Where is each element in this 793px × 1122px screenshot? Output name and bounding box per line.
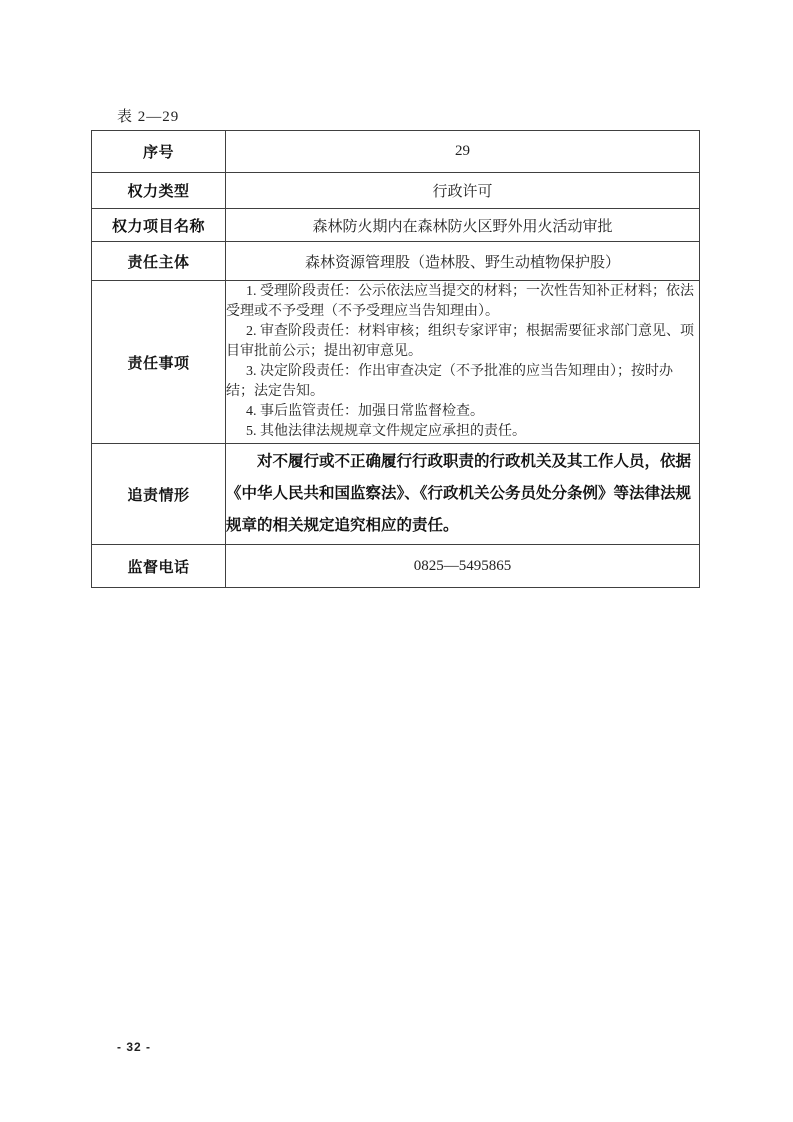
duty-item-4: 4. 事后监管责任：加强日常监督检查。 (226, 402, 699, 422)
duty-item-5: 5. 其他法律法规规章文件规定应承担的责任。 (226, 422, 699, 442)
row-label-project-name: 权力项目名称 (92, 209, 226, 242)
table-row-serial: 序号 29 (92, 131, 700, 173)
row-label-supervision-phone: 监督电话 (92, 545, 226, 588)
responsibility-table: 序号 29 权力类型 行政许可 权力项目名称 森林防火期内在森林防火区野外用火活… (91, 130, 700, 588)
table-row-duty-items: 责任事项 1. 受理阶段责任：公示依法应当提交的材料；一次性告知补正材料；依法受… (92, 281, 700, 444)
table-row-supervision-phone: 监督电话 0825—5495865 (92, 545, 700, 588)
table-row-accountability: 追责情形 对不履行或不正确履行行政职责的行政机关及其工作人员，依据《中华人民共和… (92, 444, 700, 545)
accountability-text: 对不履行或不正确履行行政职责的行政机关及其工作人员，依据《中华人民共和国监察法》… (226, 446, 699, 542)
row-value-power-type: 行政许可 (226, 173, 700, 209)
duty-item-2: 2. 审查阶段责任：材料审核；组织专家评审；根据需要征求部门意见、项目审批前公示… (226, 322, 699, 362)
document-page: 表 2—29 序号 29 权力类型 行政许可 权力项目名称 森林防火期内在森林防… (0, 0, 793, 1122)
row-label-serial: 序号 (92, 131, 226, 173)
table-row-power-type: 权力类型 行政许可 (92, 173, 700, 209)
row-value-project-name: 森林防火期内在森林防火区野外用火活动审批 (226, 209, 700, 242)
duty-item-1: 1. 受理阶段责任：公示依法应当提交的材料；一次性告知补正材料；依法受理或不予受… (226, 282, 699, 322)
row-value-serial: 29 (226, 131, 700, 173)
row-label-accountability: 追责情形 (92, 444, 226, 545)
table-row-project-name: 权力项目名称 森林防火期内在森林防火区野外用火活动审批 (92, 209, 700, 242)
table-caption: 表 2—29 (117, 105, 179, 126)
duty-item-3: 3. 决定阶段责任：作出审查决定（不予批准的应当告知理由）；按时办结；法定告知。 (226, 362, 699, 402)
row-label-power-type: 权力类型 (92, 173, 226, 209)
row-value-supervision-phone: 0825—5495865 (226, 545, 700, 588)
row-label-responsible-subject: 责任主体 (92, 242, 226, 281)
row-value-responsible-subject: 森林资源管理股（造林股、野生动植物保护股） (226, 242, 700, 281)
row-label-duty-items: 责任事项 (92, 281, 226, 444)
row-value-duty-items: 1. 受理阶段责任：公示依法应当提交的材料；一次性告知补正材料；依法受理或不予受… (226, 281, 700, 444)
page-number: - 32 - (117, 1040, 151, 1054)
row-value-accountability: 对不履行或不正确履行行政职责的行政机关及其工作人员，依据《中华人民共和国监察法》… (226, 444, 700, 545)
table-row-responsible-subject: 责任主体 森林资源管理股（造林股、野生动植物保护股） (92, 242, 700, 281)
